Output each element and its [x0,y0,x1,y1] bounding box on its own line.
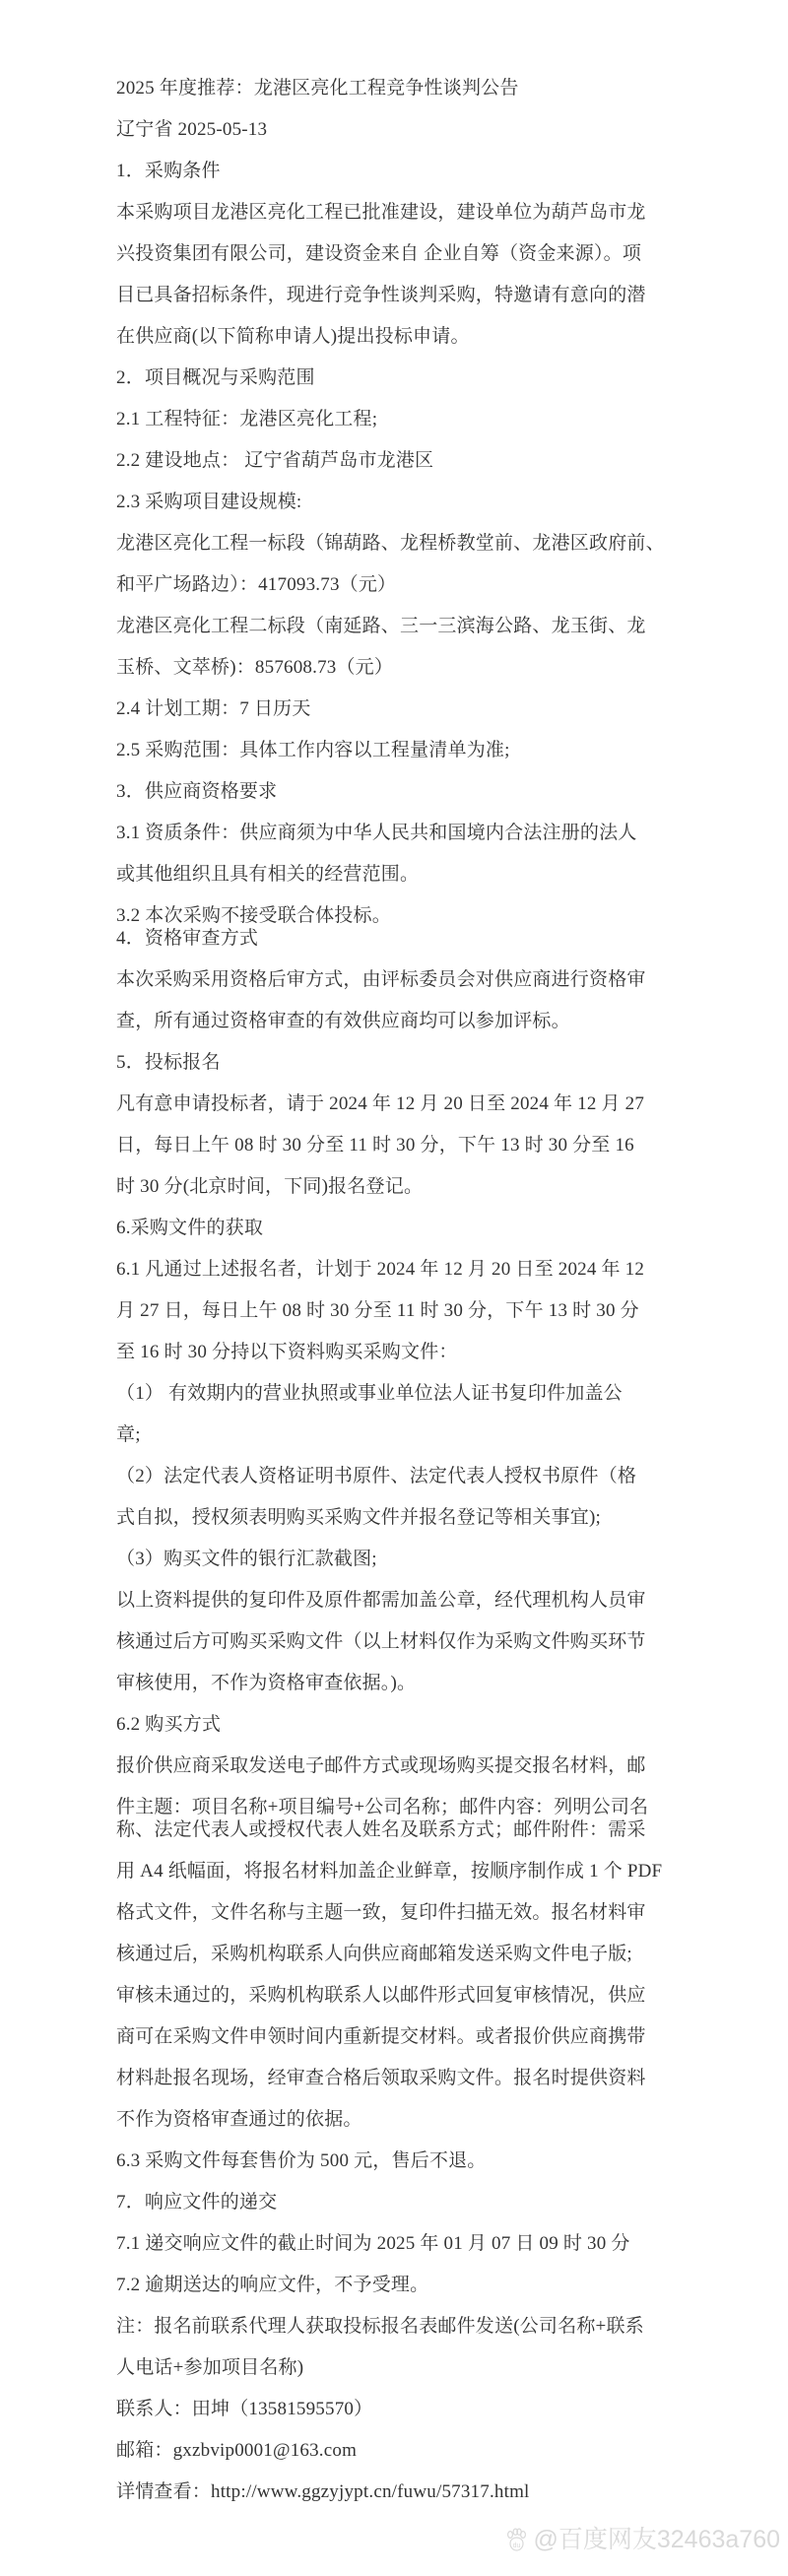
detail-url-line: 详情查看：http://www.ggzyjypt.cn/fuwu/57317.h… [116,2478,686,2506]
document-line: 龙港区亮化工程一标段（锦葫路、龙程桥教堂前、龙港区政府前、 [116,530,686,558]
contact-email-line: 邮箱：gxzbvip0001@163.com [116,2437,686,2465]
document-line: 2.3 采购项目建设规模: [116,489,686,516]
document-line: 2.5 采购范围：具体工作内容以工程量清单为准; [116,737,686,764]
document-line: 本次采购采用资格后审方式，由评标委员会对供应商进行资格审 [116,966,686,994]
document-line: （1） 有效期内的营业执照或事业单位法人证书复印件加盖公 [116,1380,686,1408]
document-line: （3）购买文件的银行汇款截图; [116,1546,686,1573]
document-line: 7.1 递交响应文件的截止时间为 2025 年 01 月 07 日 09 时 3… [116,2230,686,2258]
document-line: 至 16 时 30 分持以下资料购买采购文件： [116,1339,686,1366]
document-line: 日，每日上午 08 时 30 分至 11 时 30 分，下午 13 时 30 分… [116,1132,686,1159]
document-line: 6.采购文件的获取 [116,1215,686,1242]
document-line: 7．响应文件的递交 [116,2189,686,2216]
contact-person-line: 联系人：田坤（13581595570） [116,2396,686,2423]
document-line: 6.2 购买方式 [116,1711,686,1739]
document-line: 4．资格审查方式 [116,925,686,953]
document-date: 辽宁省 2025-05-13 [116,116,686,144]
document-line: 时 30 分(北京时间，下同)报名登记。 [116,1173,686,1201]
document-line: 目已具备招标条件，现进行竞争性谈判采购，特邀请有意向的潜 [116,282,686,309]
document-line: 查，所有通过资格审查的有效供应商均可以参加评标。 [116,1008,686,1035]
document-line: 6.3 采购文件每套售价为 500 元，售后不退。 [116,2147,686,2175]
document-line: 兴投资集团有限公司，建设资金来自 企业自筹（资金来源）。项 [116,240,686,268]
document-line: （2）法定代表人资格证明书原件、法定代表人授权书原件（格 [116,1463,686,1490]
document-line: 报价供应商采取发送电子邮件方式或现场购买提交报名材料，邮 [116,1752,686,1780]
document-line: 5．投标报名 [116,1049,686,1077]
document-line: 2.4 计划工期：7 日历天 [116,695,686,723]
document-line: 2．项目概况与采购范围 [116,364,686,392]
document-line: 龙港区亮化工程二标段（南延路、三一三滨海公路、龙玉街、龙 [116,613,686,640]
document-line: 2.2 建设地点： 辽宁省葫芦岛市龙港区 [116,447,686,475]
document-line: 3．供应商资格要求 [116,778,686,806]
document-line: 本采购项目龙港区亮化工程已批准建设，建设单位为葫芦岛市龙 [116,199,686,227]
document-line: 核通过后，采购机构联系人向供应商邮箱发送采购文件电子版; [116,1941,686,1968]
document-line: 称、法定代表人或授权代表人姓名及联系方式；邮件附件：需采 [116,1816,686,1844]
document-line: 格式文件，文件名称与主题一致，复印件扫描无效。报名材料审 [116,1899,686,1927]
document-body: 2025 年度推荐：龙港区亮化工程竞争性谈判公告辽宁省 2025-05-131．… [116,0,686,2506]
document-line: 或其他组织且具有相关的经营范围。 [116,861,686,889]
document-line: 在供应商(以下简称申请人)提出投标申请。 [116,323,686,351]
document-line: 1．采购条件 [116,158,686,185]
document-title: 2025 年度推荐：龙港区亮化工程竞争性谈判公告 [116,75,686,102]
document-line: 月 27 日，每日上午 08 时 30 分至 11 时 30 分，下午 13 时… [116,1297,686,1325]
document-line: 6.1 凡通过上述报名者，计划于 2024 年 12 月 20 日至 2024 … [116,1256,686,1284]
document-line: 3.1 资质条件：供应商须为中华人民共和国境内合法注册的法人 [116,820,686,847]
document-line: 审核使用，不作为资格审查依据。)。 [116,1670,686,1697]
document-line: 7.2 逾期送达的响应文件，不予受理。 [116,2272,686,2299]
document-line: 不作为资格审查通过的依据。 [116,2106,686,2134]
svg-text:du: du [513,2543,521,2549]
document-line: 章; [116,1421,686,1449]
document-line: 材料赴报名现场，经审查合格后领取采购文件。报名时提供资料 [116,2065,686,2092]
document-line: 商可在采购文件申领时间内重新提交材料。或者报价供应商携带 [116,2023,686,2051]
watermark-text: @百度网友32463a760 [533,2525,780,2554]
document-line: 以上资料提供的复印件及原件都需加盖公章，经代理机构人员审 [116,1587,686,1615]
document-line: 和平广场路边）：417093.73（元） [116,571,686,599]
document-line: 凡有意申请投标者，请于 2024 年 12 月 20 日至 2024 年 12 … [116,1090,686,1118]
document-line: 2.1 工程特征：龙港区亮化工程; [116,406,686,433]
document-line: 审核未通过的，采购机构联系人以邮件形式回复审核情况，供应 [116,1982,686,2010]
document-line: 人电话+参加项目名称) [116,2354,686,2382]
document-line: 核通过后方可购买采购文件（以上材料仅作为采购文件购买环节 [116,1628,686,1656]
document-line: 注：报名前联系代理人获取投标报名表邮件发送(公司名称+联系 [116,2313,686,2341]
document-line: 用 A4 纸幅面，将报名材料加盖企业鲜章，按顺序制作成 1 个 PDF [116,1858,686,1885]
baidu-watermark: du @百度网友32463a760 [503,2525,780,2554]
baidu-paw-icon: du [503,2527,530,2553]
document-line: 玉桥、文萃桥)：857608.73（元） [116,654,686,682]
document-line: 式自拟，授权须表明购买采购文件并报名登记等相关事宜); [116,1504,686,1532]
